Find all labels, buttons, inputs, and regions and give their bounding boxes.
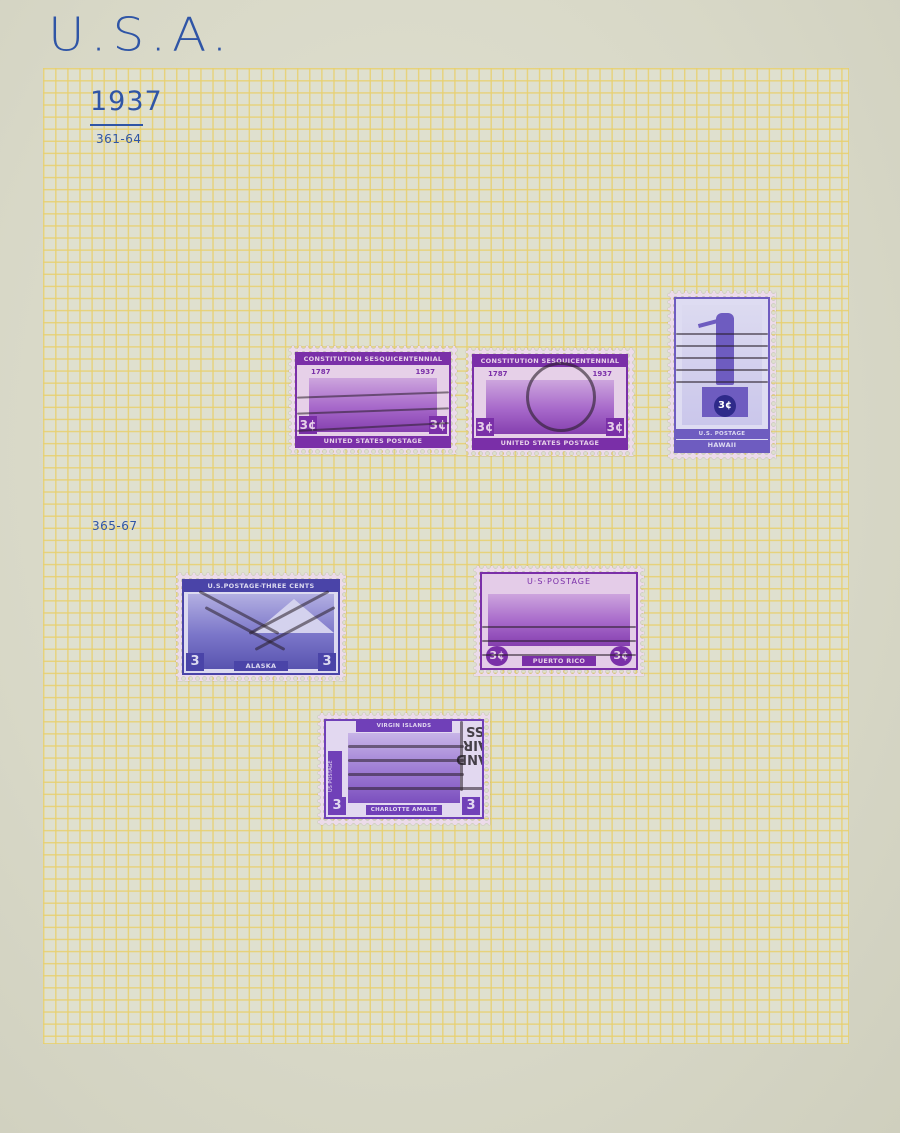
stamp-denomination: 3¢ — [714, 395, 736, 417]
catalog-range-1: 361-64 — [96, 132, 142, 146]
stamp-side-text: US POSTAGE — [328, 751, 342, 801]
cancel-line — [482, 640, 636, 642]
stamp-denomination: 3 — [462, 797, 480, 815]
stamp-alaska[interactable]: U.S.POSTAGE-THREE CENTS ALASKA 3 3 — [176, 573, 346, 681]
graph-paper-grid — [43, 68, 849, 1044]
stamp-denomination: 3 — [318, 653, 336, 671]
cancel-line — [676, 381, 768, 383]
cancel-bar — [348, 759, 464, 762]
stamp-virgin-islands[interactable]: VIRGIN ISLANDS US POSTAGE CHARLOTTE AMAL… — [318, 713, 490, 825]
stamp-denomination: 3 — [328, 797, 346, 815]
stamp-scene — [348, 733, 460, 803]
stamp-top-text: U.S.POSTAGE-THREE CENTS — [184, 581, 338, 592]
stamp-bottom-text: CHARLOTTE AMALIE — [366, 805, 442, 815]
year-label: 1937 — [90, 86, 163, 117]
cancel-bar — [348, 773, 464, 776]
stamp-denomination: 3¢ — [429, 416, 447, 434]
stamp-denomination: 3¢ — [486, 646, 508, 666]
stamp-denomination: 3¢ — [476, 418, 494, 436]
stamp-top-text: U·S·POSTAGE — [482, 577, 636, 586]
stamp-denomination: 3¢ — [610, 646, 632, 666]
cancel-bar — [348, 745, 464, 748]
cancel-line — [676, 357, 768, 359]
cancel-line — [676, 369, 768, 371]
cancel-line — [482, 654, 636, 656]
page-heading: U.S.A. — [48, 8, 233, 61]
cancel-bar — [348, 787, 484, 790]
cancel-line — [676, 333, 768, 335]
stamp-bottom-text: UNITED STATES POSTAGE — [474, 438, 626, 448]
stamp-constitution-1[interactable]: CONSTITUTION SESQUICENTENNIAL 1787 1937 … — [289, 346, 457, 454]
cancel-line — [482, 626, 636, 628]
stamp-top-text: CONSTITUTION SESQUICENTENNIAL — [297, 354, 449, 365]
stamp-top-text: VIRGIN ISLANDS — [356, 721, 452, 732]
stamp-year-right: 1937 — [593, 370, 612, 378]
statue-icon — [716, 313, 734, 385]
cancel-text: AND AIR SS — [466, 723, 484, 765]
stamp-bottom-text: UNITED STATES POSTAGE — [297, 436, 449, 446]
catalog-range-2: 365-67 — [92, 519, 138, 533]
stamp-bottom-text: ALASKA — [234, 661, 288, 671]
stamp-year-left: 1787 — [311, 368, 330, 376]
stamp-denomination: 3¢ — [606, 418, 624, 436]
stamp-hawaii[interactable]: 3¢ U.S. POSTAGE HAWAII — [668, 291, 776, 459]
cancel-line — [676, 345, 768, 347]
stamp-denomination: 3 — [186, 653, 204, 671]
stamp-constitution-2[interactable]: CONSTITUTION SESQUICENTENNIAL 1787 1937 … — [466, 348, 634, 456]
stamp-year-left: 1787 — [488, 370, 507, 378]
stamp-bottom-text: HAWAII — [676, 440, 768, 451]
stamp-scene — [488, 594, 630, 646]
stamp-bottom-text: PUERTO RICO — [522, 656, 596, 666]
stamp-year-right: 1937 — [416, 368, 435, 376]
circular-cancel — [526, 362, 596, 432]
stamp-top-text: U.S. POSTAGE — [676, 429, 768, 439]
year-underline — [90, 124, 143, 126]
stamp-puerto-rico[interactable]: U·S·POSTAGE LA FORTALEZA PUERTO RICO 3¢ … — [474, 566, 644, 676]
